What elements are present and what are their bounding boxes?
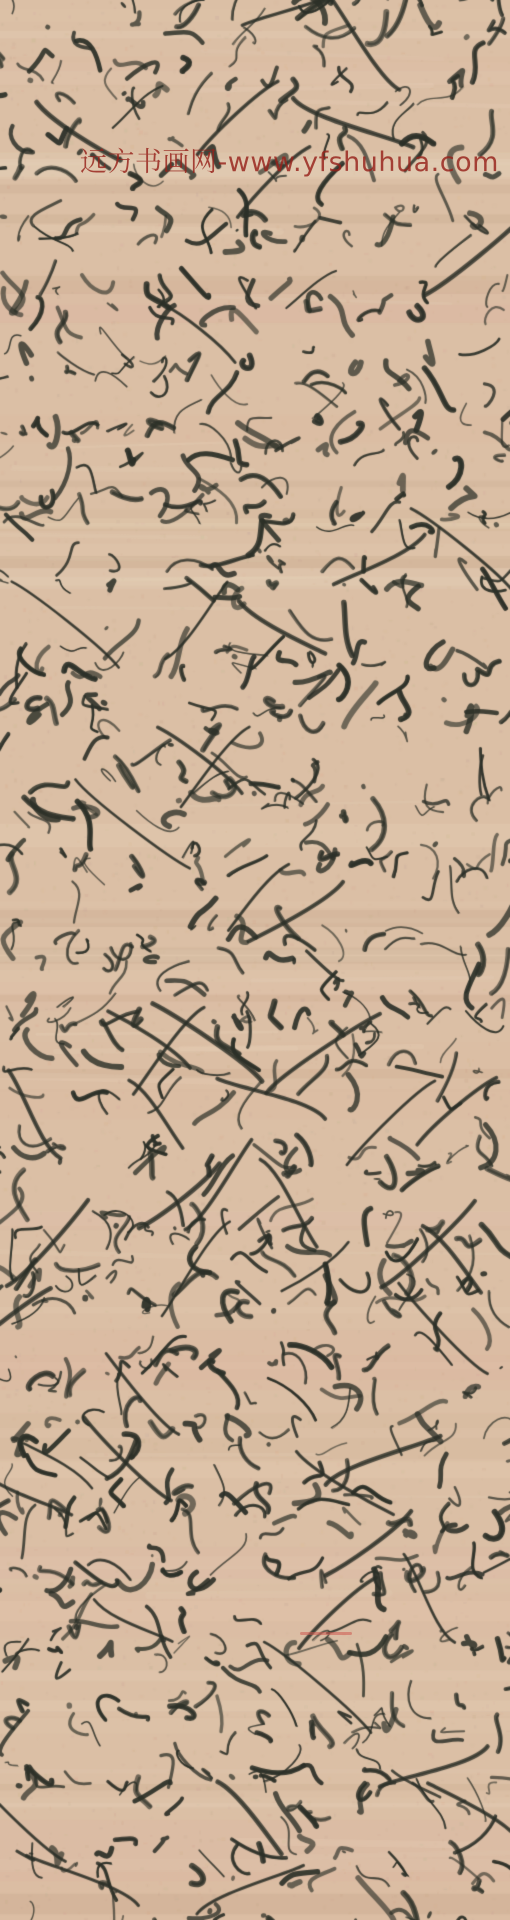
- red-crease-mark: [300, 1632, 352, 1635]
- calligraphy-scroll-photo: 远方书画网-www.yfshuhua.com: [0, 0, 510, 1920]
- calligraphy-artwork: [0, 0, 510, 1920]
